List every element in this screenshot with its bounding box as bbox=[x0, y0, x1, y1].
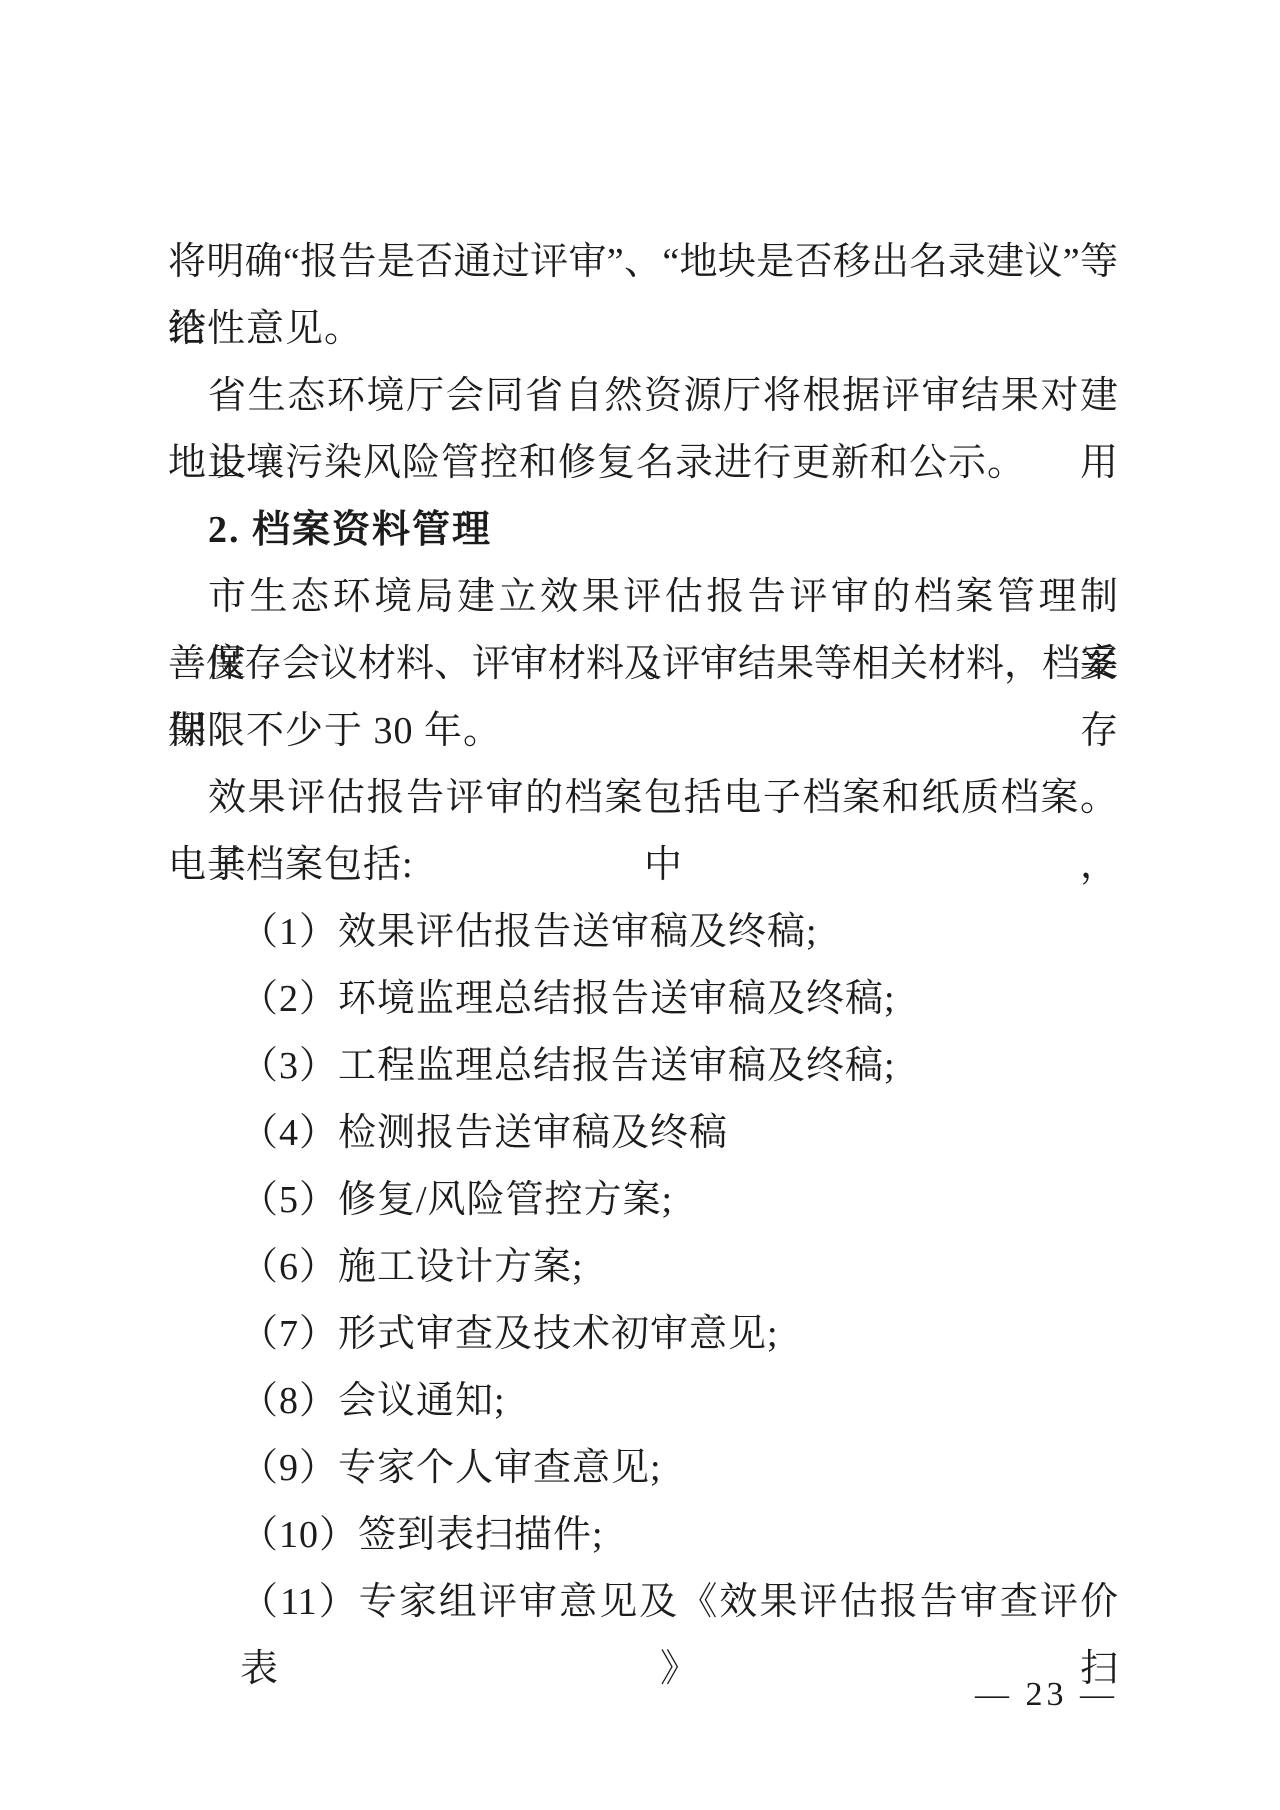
list-item: （4）检测报告送审稿及终稿 bbox=[168, 1100, 1118, 1167]
list-item: （10）签到表扫描件; bbox=[168, 1502, 1118, 1569]
list-item: （5）修复/风险管控方案; bbox=[168, 1167, 1118, 1234]
list-item: （8）会议通知; bbox=[168, 1368, 1118, 1435]
body-line: 论性意见。 bbox=[168, 296, 1118, 363]
list-item: （7）形式审查及技术初审意见; bbox=[168, 1301, 1118, 1368]
body-line: 将明确“报告是否通过评审”、“地块是否移出名录建议”等结 bbox=[168, 229, 1118, 296]
body-line: 善保存会议材料、评审材料及评审结果等相关材料，档案保存 bbox=[168, 631, 1118, 698]
list-item: （1）效果评估报告送审稿及终稿; bbox=[168, 899, 1118, 966]
list-item: （3）工程监理总结报告送审稿及终稿; bbox=[168, 1033, 1118, 1100]
body-line: 省生态环境厅会同省自然资源厅将根据评审结果对建设用 bbox=[168, 363, 1118, 430]
body-line: 效果评估报告评审的档案包括电子档案和纸质档案。其中， bbox=[168, 765, 1118, 832]
list-item: （2）环境监理总结报告送审稿及终稿; bbox=[168, 966, 1118, 1033]
list-item: （11）专家组评审意见及《效果评估报告审查评价表》扫 bbox=[168, 1569, 1118, 1636]
document-page: 将明确“报告是否通过评审”、“地块是否移出名录建议”等结 论性意见。 省生态环境… bbox=[0, 0, 1280, 1810]
list-item: （6）施工设计方案; bbox=[168, 1234, 1118, 1301]
list-item: （9）专家个人审查意见; bbox=[168, 1435, 1118, 1502]
document-body: 将明确“报告是否通过评审”、“地块是否移出名录建议”等结 论性意见。 省生态环境… bbox=[168, 229, 1118, 1636]
body-line: 地土壤污染风险管控和修复名录进行更新和公示。 bbox=[168, 430, 1118, 497]
body-line: 市生态环境局建立效果评估报告评审的档案管理制度。妥 bbox=[168, 564, 1118, 631]
section-heading: 2. 档案资料管理 bbox=[168, 497, 1118, 564]
page-number: — 23 — bbox=[168, 1672, 1118, 1718]
